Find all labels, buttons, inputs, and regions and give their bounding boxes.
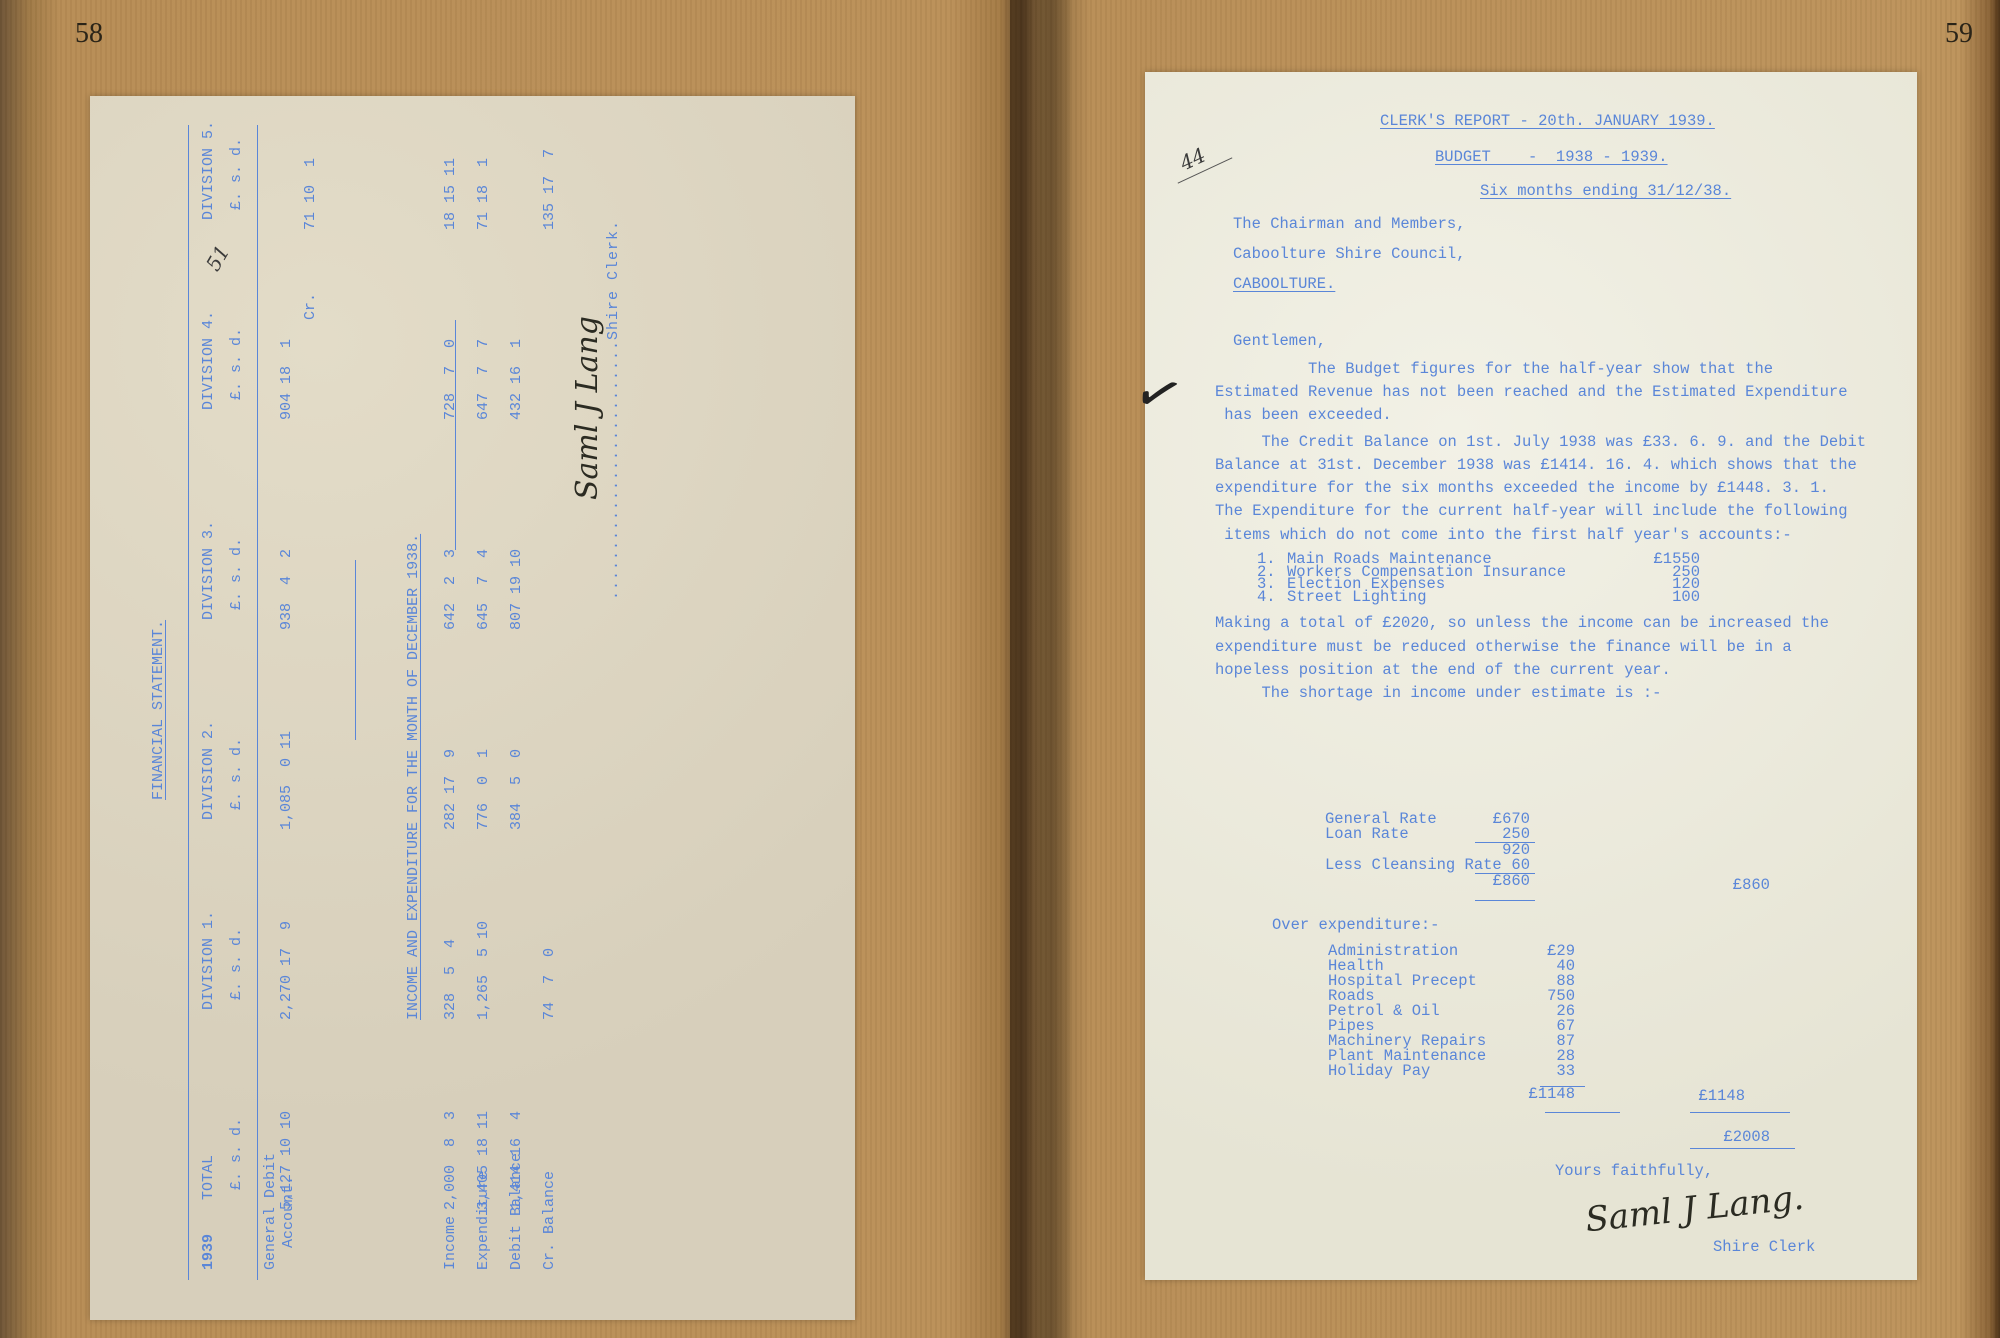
row-value: 328 5 4: [442, 939, 459, 1020]
shortage-total: £860: [1465, 874, 1530, 890]
row-value: 384 5 0: [508, 749, 525, 830]
row-label: Cr. Balance: [541, 1171, 558, 1270]
report-heading: CLERK'S REPORT - 20th. JANUARY 1939.: [1380, 114, 1715, 130]
currency-header: £. s. d.: [228, 328, 245, 400]
row-value: 71 18 1: [475, 158, 492, 230]
financial-statement-sheet: 51 FINANCIAL STATEMENT. 1939 General Deb…: [90, 96, 855, 1320]
header-rule-bottom: [257, 125, 258, 1280]
rule: [1690, 1112, 1790, 1113]
signature-title: Shire Clerk: [1713, 1240, 1815, 1256]
general-debit-value: 2,270 17 9: [278, 921, 295, 1020]
shortage-carried: £860: [1705, 878, 1770, 894]
page-number-right: 59: [1945, 18, 1973, 50]
address-line-3: CABOOLTURE.: [1233, 277, 1335, 293]
statement-title: FINANCIAL STATEMENT.: [150, 620, 167, 800]
row-value: 135 17 7: [541, 149, 558, 230]
over-expenditure-amount: 33: [1510, 1064, 1575, 1080]
salutation: Gentlemen,: [1233, 334, 1326, 350]
paragraph-line: The Credit Balance on 1st. July 1938 was…: [1215, 435, 1866, 451]
handwritten-signature: Saml J Lang.: [1584, 1181, 1806, 1238]
column-header: DIVISION 3.: [200, 521, 217, 620]
general-debit-value: 5,127 10 10: [278, 1111, 295, 1210]
paragraph-line: items which do not come into the first h…: [1215, 528, 1792, 544]
general-debit-value: 71 10 1: [302, 158, 319, 230]
clerks-report-sheet: 44 ✓ CLERK'S REPORT - 20th. JANUARY 1939…: [1145, 72, 1917, 1280]
over-expenditure-carried: £1148: [1670, 1089, 1745, 1105]
paragraph-line: Making a total of £2020, so unless the i…: [1215, 616, 1829, 632]
column-header: DIVISION 1.: [200, 911, 217, 1010]
book-gutter: [1010, 0, 1070, 1338]
loan-rate-label: Loan Rate: [1325, 827, 1409, 843]
row-value: 282 17 9: [442, 749, 459, 830]
row-value: 432 16 1: [508, 339, 525, 420]
column-header: TOTAL: [200, 1155, 217, 1200]
address-line-2: Caboolture Shire Council,: [1233, 247, 1466, 263]
rule: [1545, 1112, 1620, 1113]
paragraph-line: The Budget figures for the half-year sho…: [1215, 362, 1773, 378]
address-line-1: The Chairman and Members,: [1233, 217, 1466, 233]
over-expenditure-item: Holiday Pay: [1328, 1064, 1430, 1080]
paragraph-line: has been exceeded.: [1215, 408, 1392, 424]
row-value: 18 15 11: [442, 158, 459, 230]
grand-total: £2008: [1680, 1130, 1770, 1146]
currency-header: £. s. d.: [228, 138, 245, 210]
item-label: Street Lighting: [1287, 590, 1427, 606]
row-value: 647 7 7: [475, 339, 492, 420]
currency-header: £. s. d.: [228, 1118, 245, 1190]
paragraph-line: hopeless position at the end of the curr…: [1215, 663, 1671, 679]
paragraph-line: expenditure must be reduced otherwise th…: [1215, 640, 1792, 656]
general-debit-value: 1,085 0 11: [278, 731, 295, 830]
row-value: 776 0 1: [475, 749, 492, 830]
row-value: 3,405 18 11: [475, 1111, 492, 1210]
closing: Yours faithfully,: [1555, 1164, 1713, 1180]
currency-header: £. s. d.: [228, 928, 245, 1000]
over-expenditure-total: £1148: [1500, 1087, 1575, 1103]
section-title: INCOME AND EXPENDITURE FOR THE MONTH OF …: [405, 534, 422, 1020]
header-rule-top: [188, 125, 189, 1280]
row-value: 1,414 16 4: [508, 1111, 525, 1210]
clerks-report-text: CLERK'S REPORT - 20th. JANUARY 1939. BUD…: [1145, 72, 1917, 1280]
statement-year: 1939: [200, 1234, 217, 1270]
rule: [1690, 1148, 1795, 1149]
general-debit-value: 938 4 2: [278, 549, 295, 630]
row-value: 807 19 10: [508, 549, 525, 630]
period-heading: Six months ending 31/12/38.: [1480, 184, 1731, 200]
row-value: 645 7 4: [475, 549, 492, 630]
column-header: DIVISION 5.: [200, 121, 217, 220]
row-value: 728 7 0: [442, 339, 459, 420]
item-number: 4.: [1257, 590, 1276, 606]
item-amount: 100: [1635, 590, 1700, 606]
page-number-left: 58: [75, 18, 103, 50]
currency-header: £. s. d.: [228, 738, 245, 810]
financial-statement-rotated: FINANCIAL STATEMENT. 1939 General Debit …: [90, 96, 855, 1320]
handwritten-signature-left: Saml J Lang: [570, 316, 605, 500]
paragraph-line: The Expenditure for the current half-yea…: [1215, 504, 1848, 520]
over-expenditure-label: Over expenditure:-: [1272, 918, 1439, 934]
row-label: Income: [442, 1216, 459, 1270]
general-debit-value: 904 18 1: [278, 339, 295, 420]
paragraph-line: The shortage in income under estimate is…: [1215, 686, 1661, 702]
paragraph-line: Balance at 31st. December 1938 was £1414…: [1215, 458, 1857, 474]
rule: [1475, 900, 1535, 901]
row-value: 1,265 5 10: [475, 921, 492, 1020]
general-debit-label-1: General Debit: [262, 1153, 279, 1270]
row-value: 74 7 0: [541, 948, 558, 1020]
row-value: 642 2 3: [442, 549, 459, 630]
currency-header: £. s. d.: [228, 538, 245, 610]
row-value: 2,000 8 3: [442, 1111, 459, 1210]
budget-heading: BUDGET - 1938 - 1939.: [1435, 150, 1668, 166]
signature-line: ..........................Shire Clerk.: [605, 220, 622, 600]
column-header: DIVISION 2.: [200, 721, 217, 820]
paragraph-line: expenditure for the six months exceeded …: [1215, 481, 1829, 497]
column-header: DIVISION 4.: [200, 311, 217, 410]
short-rule: [355, 560, 356, 740]
paragraph-line: Estimated Revenue has not been reached a…: [1215, 385, 1848, 401]
cr-prefix: Cr.: [302, 293, 319, 320]
